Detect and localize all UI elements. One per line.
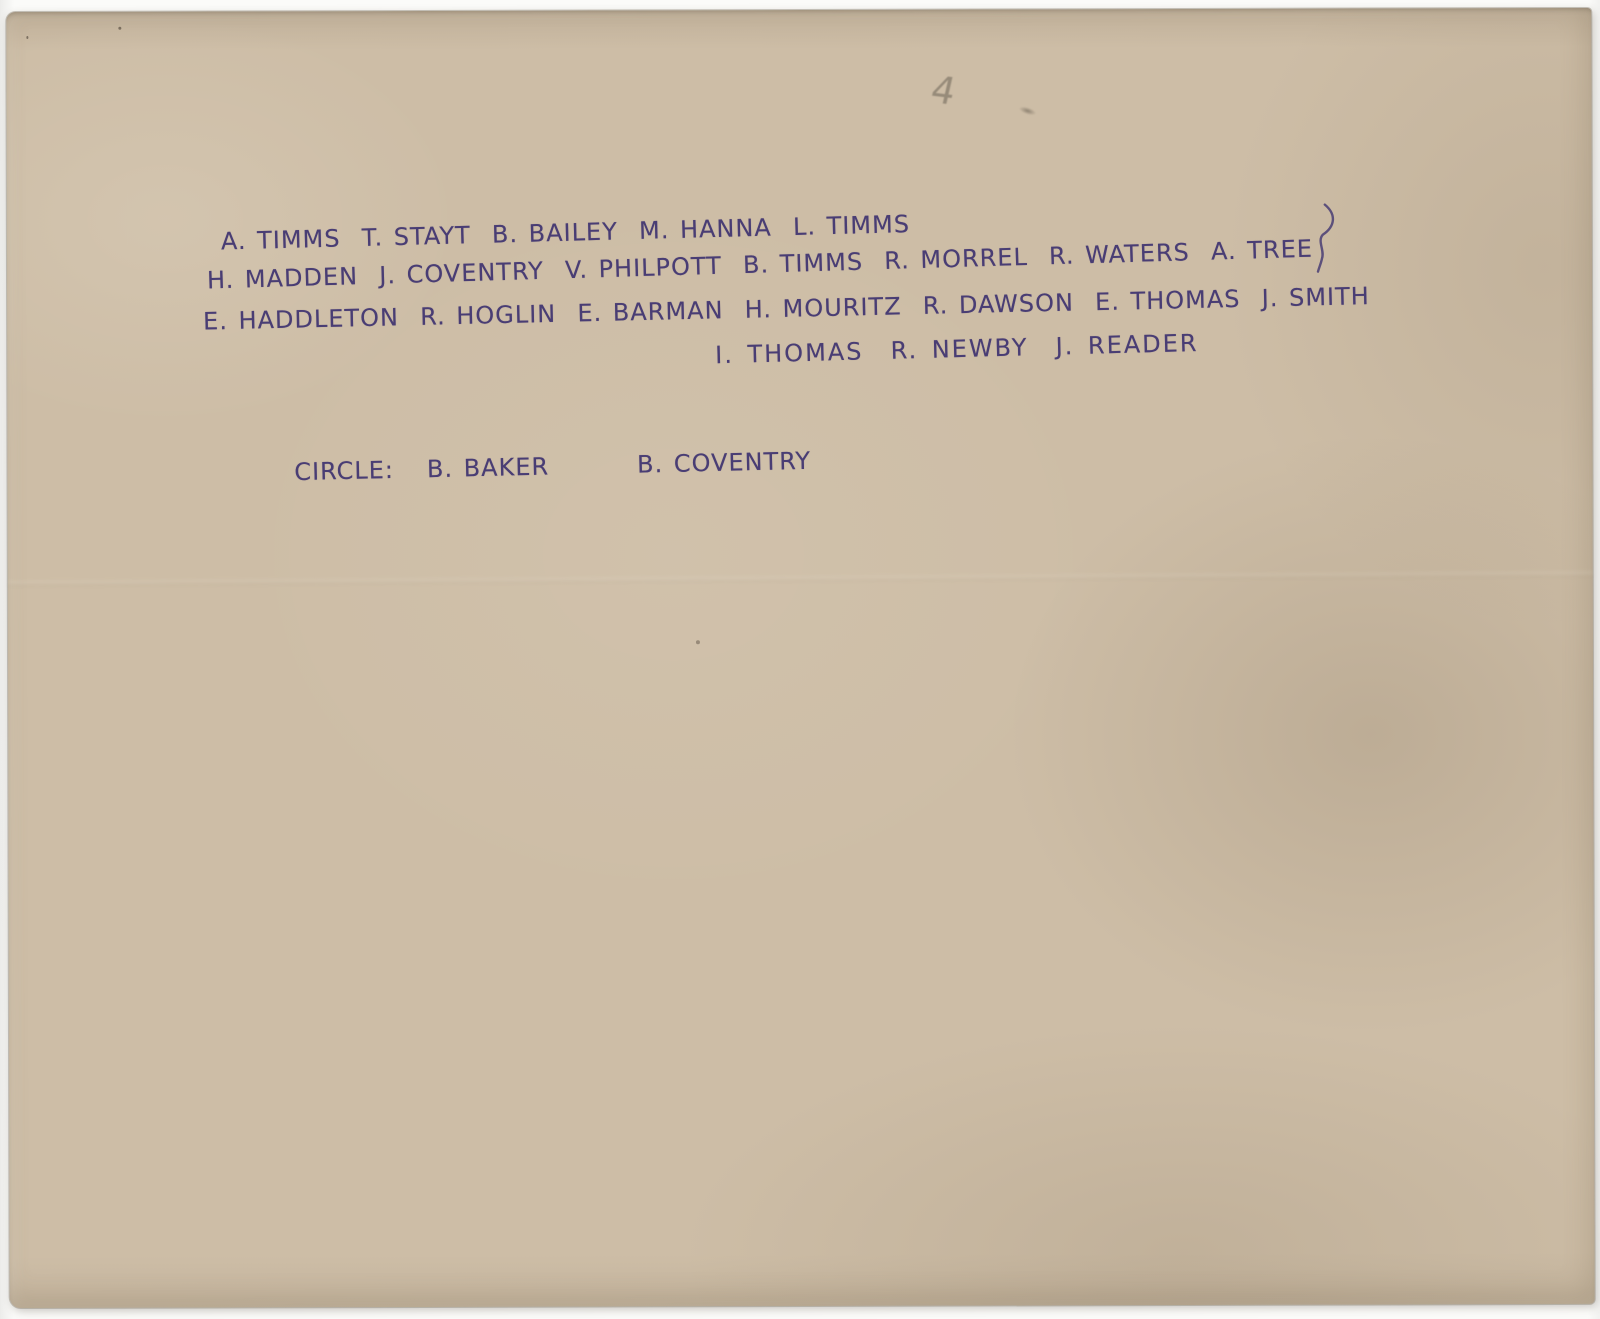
handwritten-name-line-4: I. THOMAS R. NEWBY J. READER bbox=[715, 329, 1199, 369]
paper-sheet: 4 A. TIMMS T. STAYT B. BAILEY M. HANNA L… bbox=[6, 8, 1594, 1308]
squiggle-mark bbox=[1309, 201, 1343, 275]
paper-speck bbox=[696, 640, 700, 644]
pencil-smudge bbox=[1018, 105, 1037, 117]
scan-background: 4 A. TIMMS T. STAYT B. BAILEY M. HANNA L… bbox=[0, 0, 1600, 1319]
circle-label: CIRCLE: bbox=[294, 456, 394, 486]
handwritten-name-line-3: E. HADDLETON R. HOGLIN E. BARMAN H. MOUR… bbox=[203, 282, 1370, 335]
handwritten-circle-line: CIRCLE:B. BAKERB. COVENTRY bbox=[230, 419, 812, 516]
paper-speck bbox=[26, 36, 28, 39]
fold-crease bbox=[8, 571, 1593, 587]
circle-name-1: B. BAKER bbox=[427, 453, 550, 484]
pencil-mark: 4 bbox=[927, 69, 960, 114]
paper-speck bbox=[118, 27, 121, 30]
circle-name-2: B. COVENTRY bbox=[637, 447, 812, 479]
